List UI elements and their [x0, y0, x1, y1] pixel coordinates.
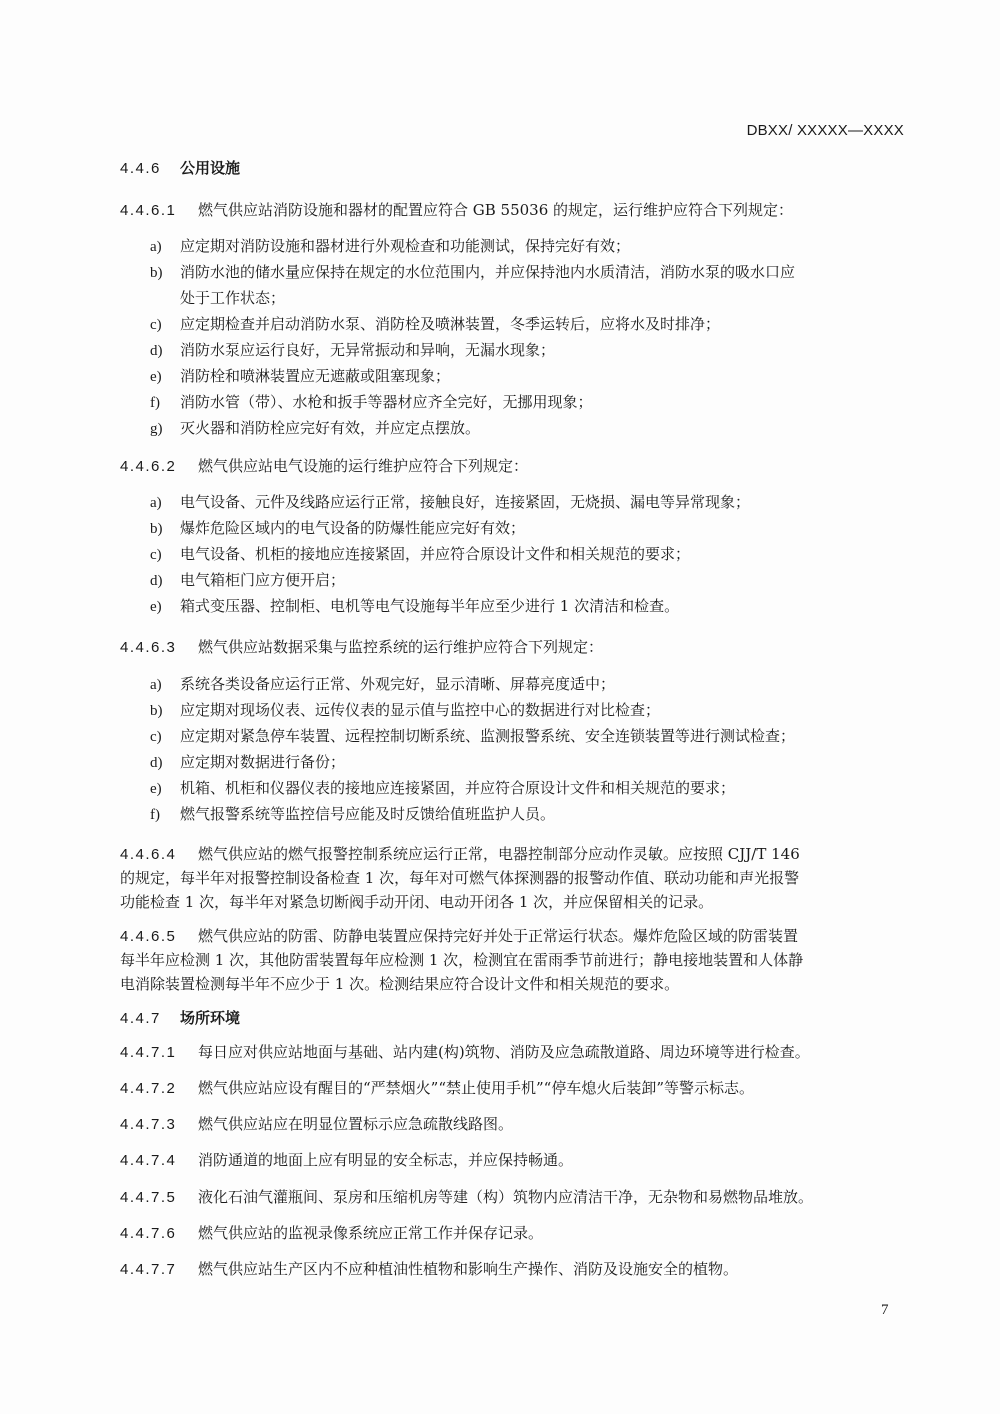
- list-item: e)箱式变压器、控制柜、电机等电气设施每半年应至少进行 1 次清洁和检查。: [150, 596, 679, 617]
- clause-4-4-6-4: 4.4.6.4燃气供应站的燃气报警控制系统应运行正常，电器控制部分应动作灵敏。应…: [120, 844, 800, 865]
- list-item: e)机箱、机柜和仪器仪表的接地应连接紧固，并应符合原设计文件和相关规范的要求；: [150, 778, 735, 799]
- list-item: d)电气箱柜门应方便开启；: [150, 570, 345, 591]
- page-number: 7: [881, 1302, 889, 1319]
- clause-text: 燃气供应站数据采集与监控系统的运行维护应符合下列规定：: [198, 638, 603, 656]
- clause-number: 4.4.6.2: [120, 457, 198, 477]
- clause-4-4-7-4: 4.4.7.4消防通道的地面上应有明显的安全标志，并应保持畅通。: [120, 1150, 573, 1171]
- clause-number: 4.4.6.1: [120, 201, 198, 221]
- clause-4-4-6-3: 4.4.6.3燃气供应站数据采集与监控系统的运行维护应符合下列规定：: [120, 637, 603, 658]
- list-item: b)消防水池的储水量应保持在规定的水位范围内，并应保持池内水质清洁，消防水泵的吸…: [150, 262, 795, 283]
- clause-text-continuation: 功能检查 1 次，每半年对紧急切断阀手动开闭、电动开闭各 1 次，并应保留相关的…: [120, 892, 713, 912]
- list-item-continuation: 处于工作状态；: [180, 288, 285, 308]
- clause-4-4-7-7: 4.4.7.7燃气供应站生产区内不应种植油性植物和影响生产操作、消防及设施安全的…: [120, 1259, 738, 1280]
- clause-4-4-6-5: 4.4.6.5燃气供应站的防雷、防静电装置应保持完好并处于正常运行状态。爆炸危险…: [120, 926, 798, 947]
- document-page: DBXX/ XXXXX—XXXX 4.4.6公用设施 4.4.6.1燃气供应站消…: [0, 0, 1000, 1414]
- list-item: d)应定期对数据进行备份；: [150, 752, 345, 773]
- clause-number: 4.4.6.5: [120, 927, 198, 947]
- clause-text: 燃气供应站的燃气报警控制系统应运行正常，电器控制部分应动作灵敏。应按照 CJJ/…: [198, 845, 800, 863]
- list-item: a)系统各类设备应运行正常、外观完好，显示清晰、屏幕亮度适中；: [150, 674, 615, 695]
- clause-4-4-7-2: 4.4.7.2燃气供应站应设有醒目的“严禁烟火”“禁止使用手机”“停车熄火后装卸…: [120, 1078, 754, 1099]
- list-item: e)消防栓和喷淋装置应无遮蔽或阻塞现象；: [150, 366, 450, 387]
- section-number: 4.4.7: [120, 1009, 180, 1029]
- list-item: c)电气设备、机柜的接地应连接紧固，并应符合原设计文件和相关规范的要求；: [150, 544, 690, 565]
- list-item: g)灭火器和消防栓应完好有效，并应定点摆放。: [150, 418, 480, 439]
- clause-text: 燃气供应站消防设施和器材的配置应符合 GB 55036 的规定，运行维护应符合下…: [198, 201, 793, 219]
- clause-text: 燃气供应站电气设施的运行维护应符合下列规定：: [198, 457, 528, 475]
- section-title: 场所环境: [180, 1009, 240, 1027]
- list-item: c)应定期对紧急停车装置、远程控制切断系统、监测报警系统、安全连锁装置等进行测试…: [150, 726, 795, 747]
- list-item: b)应定期对现场仪表、远传仪表的显示值与监控中心的数据进行对比检查；: [150, 700, 660, 721]
- clause-4-4-7-6: 4.4.7.6燃气供应站的监视录像系统应正常工作并保存记录。: [120, 1223, 543, 1244]
- list-item: a)电气设备、元件及线路应运行正常，接触良好，连接紧固，无烧损、漏电等异常现象；: [150, 492, 750, 513]
- clause-4-4-7-3: 4.4.7.3燃气供应站应在明显位置标示应急疏散线路图。: [120, 1114, 513, 1135]
- section-number: 4.4.6: [120, 159, 180, 179]
- clause-4-4-6-2: 4.4.6.2燃气供应站电气设施的运行维护应符合下列规定：: [120, 456, 528, 477]
- section-heading-4-4-6: 4.4.6公用设施: [120, 158, 240, 179]
- clause-number: 4.4.6.4: [120, 845, 198, 865]
- list-item: f)消防水管（带）、水枪和扳手等器材应齐全完好，无挪用现象；: [150, 392, 593, 413]
- clause-number: 4.4.6.3: [120, 638, 198, 658]
- section-title: 公用设施: [180, 159, 240, 177]
- clause-text: 燃气供应站的防雷、防静电装置应保持完好并处于正常运行状态。爆炸危险区域的防雷装置: [198, 927, 798, 945]
- clause-text-continuation: 每半年应检测 1 次，其他防雷装置每年应检测 1 次，检测宜在雷雨季节前进行；静…: [120, 950, 803, 970]
- clause-4-4-7-5: 4.4.7.5液化石油气灌瓶间、泵房和压缩机房等建（构）筑物内应清洁干净，无杂物…: [120, 1187, 813, 1208]
- clause-text-continuation: 电消除装置检测每半年不应少于 1 次。检测结果应符合设计文件和相关规范的要求。: [120, 974, 679, 994]
- list-item: a)应定期对消防设施和器材进行外观检查和功能测试，保持完好有效；: [150, 236, 630, 257]
- list-item: d)消防水泵应运行良好，无异常振动和异响，无漏水现象；: [150, 340, 555, 361]
- list-item: f)燃气报警系统等监控信号应能及时反馈给值班监护人员。: [150, 804, 555, 825]
- section-heading-4-4-7: 4.4.7场所环境: [120, 1008, 240, 1029]
- clause-4-4-6-1: 4.4.6.1燃气供应站消防设施和器材的配置应符合 GB 55036 的规定，运…: [120, 200, 793, 221]
- list-item: c)应定期检查并启动消防水泵、消防栓及喷淋装置，冬季运转后，应将水及时排净；: [150, 314, 720, 335]
- clause-4-4-7-1: 4.4.7.1每日应对供应站地面与基础、站内建(构)筑物、消防及应急疏散道路、周…: [120, 1042, 810, 1063]
- clause-text-continuation: 的规定，每半年对报警控制设备检查 1 次，每年对可燃气体探测器的报警动作值、联动…: [120, 868, 799, 888]
- document-code: DBXX/ XXXXX—XXXX: [747, 122, 904, 139]
- list-item: b)爆炸危险区域内的电气设备的防爆性能应完好有效；: [150, 518, 525, 539]
